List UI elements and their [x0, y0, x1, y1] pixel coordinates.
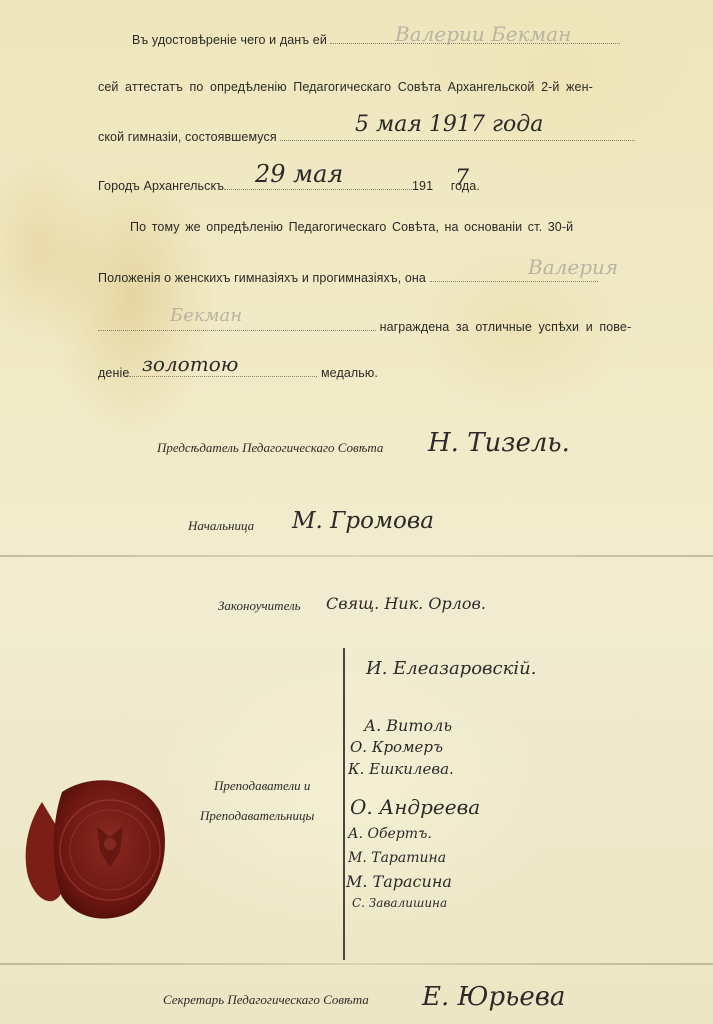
- teacher-signature: И. Елеазаровскій.: [366, 658, 536, 679]
- wax-seal-icon: [22, 772, 167, 922]
- secretary-label: Секретарь Педагогическаго Совѣта: [163, 992, 369, 1008]
- teachers-label-1: Преподаватели и: [214, 778, 310, 794]
- secretary-signature: Е. Юрьева: [422, 982, 565, 1012]
- handwritten-medal: золотою: [142, 352, 238, 376]
- teachers-label-2: Преподавательницы: [200, 808, 314, 824]
- handwritten-last-name: Бекман: [170, 305, 242, 326]
- chaplain-label: Законоучитель: [218, 598, 301, 614]
- handwritten-year-digit: 7: [455, 166, 469, 191]
- printed-text: Городъ Архангельскъ: [98, 179, 224, 193]
- teacher-signature: М. Таратина: [348, 850, 446, 866]
- handwritten-recipient: Валерии Бекман: [395, 22, 571, 46]
- printed-text: медалью.: [321, 366, 378, 380]
- fold-crease: [0, 555, 713, 557]
- chaplain-signature: Свящ. Ник. Орлов.: [326, 594, 486, 613]
- handwritten-council-date: 5 мая 1917 года: [355, 112, 543, 137]
- teacher-signature: А. Витоль: [364, 716, 452, 735]
- printed-text: ской гимназіи, состоявшемуся: [98, 130, 277, 144]
- handwritten-first-name: Валерия: [528, 255, 618, 279]
- printed-text: Въ удостовѣреніе чего и данъ ей: [132, 33, 327, 47]
- chairman-signature: Н. Тизель.: [428, 428, 570, 458]
- fold-crease: [0, 963, 713, 965]
- text-line-2: сей аттестатъ по опредѣленію Педагогичес…: [98, 80, 593, 94]
- head-label: Начальница: [188, 518, 254, 534]
- teacher-signature: К. Ешкилева.: [348, 760, 454, 778]
- chairman-label: Предсѣдатель Педагогическаго Совѣта: [157, 440, 383, 456]
- text-line-6: Положенія о женскихъ гимназіяхъ и прогим…: [98, 267, 598, 285]
- teacher-signature: О. Андреева: [350, 795, 480, 819]
- printed-text: награждена за отличные успѣхи и пове-: [380, 320, 632, 334]
- head-signature: М. Громова: [292, 508, 434, 534]
- teachers-bracket-line: [343, 648, 345, 960]
- year-prefix: 191: [412, 179, 433, 193]
- handwritten-issue-day: 29 мая: [255, 160, 343, 188]
- printed-text: деніе: [98, 366, 129, 380]
- teacher-signature: О. Кромеръ: [350, 738, 443, 756]
- teacher-signature: С. Завалишина: [352, 896, 447, 910]
- text-line-5: По тому же опредѣленію Педагогическаго С…: [130, 220, 573, 234]
- teacher-signature: М. Тарасина: [346, 872, 452, 891]
- printed-text: Положенія о женскихъ гимназіяхъ и прогим…: [98, 271, 426, 285]
- teacher-signature: А. Обертъ.: [348, 826, 432, 842]
